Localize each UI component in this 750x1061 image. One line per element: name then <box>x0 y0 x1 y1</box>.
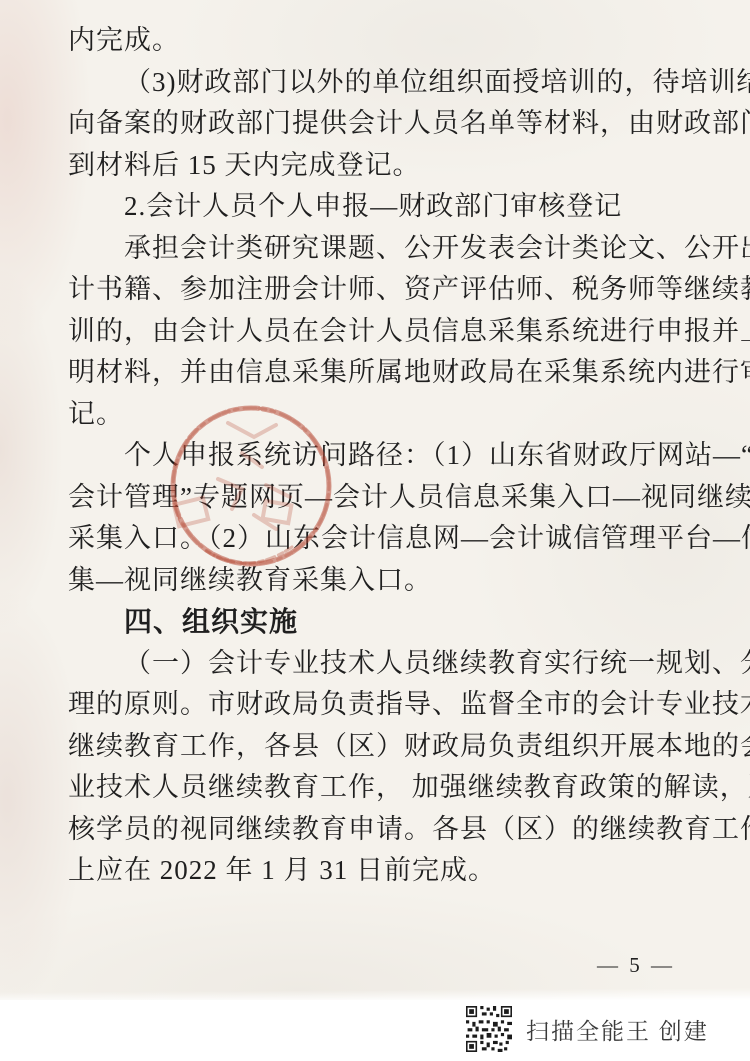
scanner-watermark-bar: 扫描全能王 创建 <box>0 1000 750 1061</box>
text-line: 向备案的财政部门提供会计人员名单等材料，由财政部门在收 <box>68 103 690 145</box>
text-line: 集—视同继续教育采集入口。 <box>68 560 690 602</box>
text-line: 继续教育工作，各县（区）财政局负责组织开展本地的会计专 <box>68 726 690 768</box>
qr-code-icon <box>466 1006 512 1052</box>
text-line: 核学员的视同继续教育申请。各县（区）的继续教育工作原则 <box>68 809 690 851</box>
text-line: 到材料后 15 天内完成登记。 <box>68 145 690 187</box>
scanned-page: 内完成。（3)财政部门以外的单位组织面授培训的，待培训结束后，向备案的财政部门提… <box>0 0 750 1000</box>
text-line: 业技术人员继续教育工作， 加强继续教育政策的解读，及时审 <box>68 767 690 809</box>
camscanner-watermark: 扫描全能王 创建 <box>466 1005 709 1053</box>
text-line: 承担会计类研究课题、公开发表会计类论文、公开出版会 <box>68 228 690 270</box>
watermark-label: 扫描全能王 创建 <box>526 1013 709 1046</box>
text-line: 训的，由会计人员在会计人员信息采集系统进行申报并上传证 <box>68 311 690 353</box>
text-line: 记。 <box>68 394 690 436</box>
text-line: 上应在 2022 年 1 月 31 日前完成。 <box>68 850 690 892</box>
text-line: 明材料，并由信息采集所属地财政局在采集系统内进行审核登 <box>68 352 690 394</box>
text-line: （一）会计专业技术人员继续教育实行统一规划、分级管 <box>68 643 690 685</box>
document-text: 内完成。（3)财政部门以外的单位组织面授培训的，待培训结束后，向备案的财政部门提… <box>68 20 690 892</box>
text-line: 个人申报系统访问路径：（1）山东省财政厅网站—“山东 <box>68 435 690 477</box>
text-line: 采集入口。（2）山东会计信息网—会计诚信管理平台—信息采 <box>68 518 690 560</box>
text-line: 会计管理”专题网页—会计人员信息采集入口—视同继续教育 <box>68 477 690 519</box>
text-line: （3)财政部门以外的单位组织面授培训的，待培训结束后， <box>68 62 690 104</box>
page-number: — 5 — <box>597 953 675 978</box>
section-heading: 四、组织实施 <box>68 601 690 643</box>
text-line: 内完成。 <box>68 20 690 62</box>
text-line: 理的原则。市财政局负责指导、监督全市的会计专业技术人员 <box>68 684 690 726</box>
text-line: 2.会计人员个人申报—财政部门审核登记 <box>68 186 690 228</box>
text-line: 计书籍、参加注册会计师、资产评估师、税务师等继续教育培 <box>68 269 690 311</box>
